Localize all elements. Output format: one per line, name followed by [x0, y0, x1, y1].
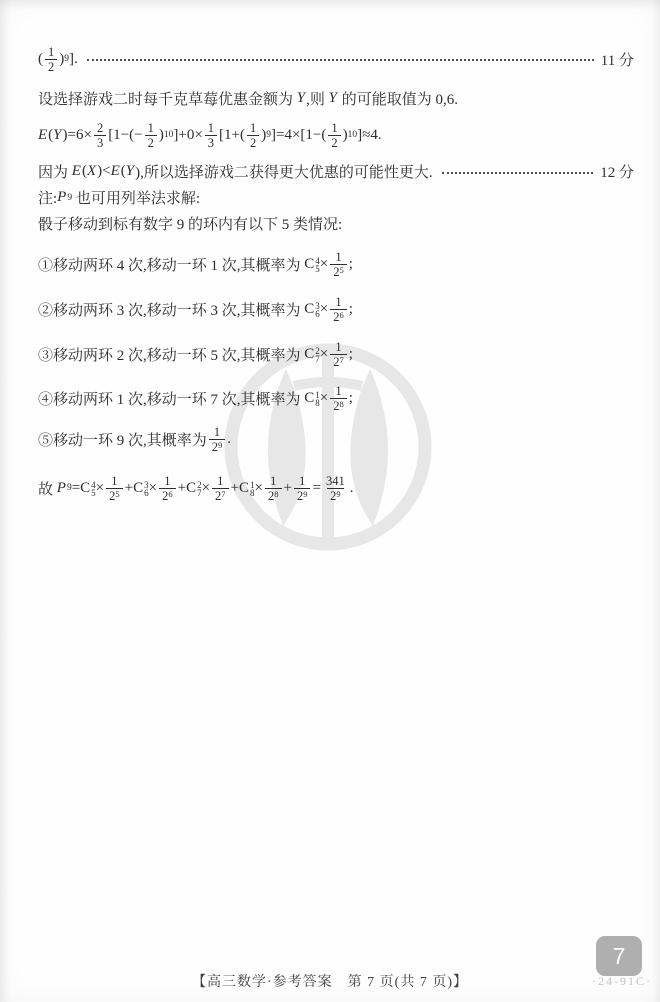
- combination-scripts: 36: [144, 481, 149, 498]
- text-span: ),所以选择游戏二获得更大优惠的可能性更大.: [135, 161, 433, 182]
- combination-letter: C: [80, 480, 90, 497]
- fraction-numerator: 1: [161, 474, 173, 488]
- text-span: ;: [349, 390, 353, 407]
- fraction: 129: [209, 425, 226, 454]
- text-span: (: [38, 51, 43, 68]
- math-variable: Y: [297, 90, 306, 107]
- fraction-den-exponent: 7: [340, 355, 344, 365]
- fraction-numerator: 1: [45, 45, 57, 59]
- line-content: ③移动两环 2 次,移动一环 5 次,其概率为 C27×127;: [38, 340, 353, 369]
- dot-leader: [442, 172, 594, 174]
- fraction-denominator: 27: [330, 354, 347, 369]
- text-span: +: [231, 480, 239, 497]
- combination-scripts: 27: [315, 347, 320, 364]
- text-line-setup-y: 设选择游戏二时每千克草莓优惠金额为 Y,则 Y 的可能取值为 0,6.: [38, 88, 634, 109]
- math-variable: E: [38, 127, 48, 144]
- combination-letter: C: [186, 480, 196, 497]
- formula-line-p9: 故 P9=C45×125+C36×126+C27×127+C18×128+129…: [38, 466, 634, 510]
- math-variable: P: [57, 189, 67, 206]
- text-span: +: [284, 480, 292, 497]
- fraction-numerator: 1: [332, 384, 344, 398]
- fraction-denominator: 29: [294, 488, 311, 503]
- combination-symbol: C45: [80, 480, 96, 497]
- text-span: ×: [202, 480, 210, 497]
- dot-leader: [87, 59, 594, 61]
- fraction-numerator: 1: [328, 121, 340, 135]
- fraction-numerator: 1: [296, 474, 308, 488]
- fraction-den-exponent: 8: [274, 489, 278, 499]
- fraction: 12: [145, 121, 157, 150]
- line-content: ⑤移动一环 9 次,其概率为129.: [38, 425, 231, 454]
- text-span: ×: [320, 346, 328, 363]
- combination-scripts: 18: [250, 481, 255, 498]
- answer-text-block: (12)9].11 分设选择游戏二时每千克草莓优惠金额为 Y,则 Y 的可能取值…: [38, 40, 634, 510]
- case-line-1: ①移动两环 4 次,移动一环 1 次,其概率为 C45×125;: [38, 244, 634, 284]
- fraction-denominator: 28: [330, 398, 347, 413]
- text-span: ⑤移动一环 9 次,其概率为: [38, 429, 207, 450]
- text-span: ): [343, 127, 348, 144]
- combination-scripts: 45: [315, 257, 320, 274]
- fraction-denominator: 26: [330, 309, 347, 324]
- combination-subscript: 6: [144, 489, 149, 498]
- fraction-numerator: 1: [332, 340, 344, 354]
- fraction-numerator: 1: [247, 121, 259, 135]
- line-content: 故 P9=C45×125+C36×126+C27×127+C18×128+129…: [38, 474, 353, 503]
- fraction: 128: [330, 384, 347, 413]
- combination-subscript: 7: [315, 355, 320, 364]
- note-line: 注:P9 也可用列举法求解:: [38, 187, 634, 208]
- text-span: ]=4×[1−(: [271, 127, 326, 144]
- fraction-numerator: 341: [323, 474, 348, 488]
- footer-title: 【高三数学·参考答案 第 7 页(共 7 页)】: [192, 975, 468, 990]
- case-line-5: ⑤移动一环 9 次,其概率为129.: [38, 419, 634, 459]
- fraction-numerator: 1: [214, 474, 226, 488]
- text-line-cases-intro: 骰子移动到标有数字 9 的环内有以下 5 类情况:: [38, 213, 634, 234]
- fraction-den-exponent: 7: [221, 489, 225, 499]
- math-variable: X: [87, 163, 97, 180]
- formula-line-ey: E(Y)=6×23[1−(−12)10]+0×13[1+(12)9]=4×[1−…: [38, 115, 634, 155]
- text-span: ×: [149, 480, 157, 497]
- text-span: ③移动两环 2 次,移动一环 5 次,其概率为: [38, 344, 304, 365]
- text-span: ×: [320, 256, 328, 273]
- fraction-denominator: 29: [327, 488, 344, 503]
- fraction-denominator: 2: [145, 135, 157, 150]
- math-variable: E: [72, 163, 82, 180]
- combination-symbol: C36: [133, 480, 149, 497]
- fraction-denominator: 2: [328, 135, 340, 150]
- fraction-den-exponent: 6: [340, 310, 344, 320]
- fraction-denominator: 28: [265, 488, 282, 503]
- text-span: =: [72, 480, 80, 497]
- fraction: 34129: [323, 474, 348, 503]
- combination-letter: C: [133, 480, 143, 497]
- combination-letter: C: [239, 480, 249, 497]
- combination-scripts: 18: [315, 391, 320, 408]
- combination-scripts: 36: [315, 302, 320, 319]
- combination-symbol: C27: [186, 480, 202, 497]
- fraction: 13: [205, 121, 217, 150]
- score-label: 11 分: [601, 49, 634, 70]
- text-span: 设选择游戏二时每千克草莓优惠金额为: [38, 88, 297, 109]
- fraction-den-exponent: 5: [115, 489, 119, 499]
- text-span: )=6×: [63, 127, 92, 144]
- fraction: 128: [265, 474, 282, 503]
- text-span: 因为: [38, 161, 72, 182]
- text-span: ;: [349, 301, 353, 318]
- combination-subscript: 5: [315, 265, 320, 274]
- line-content: ④移动两环 1 次,移动一环 7 次,其概率为 C18×128;: [38, 384, 353, 413]
- text-span: ].: [69, 51, 78, 68]
- fraction-den-exponent: 5: [340, 265, 344, 275]
- fraction-denominator: 3: [94, 135, 106, 150]
- combination-scripts: 45: [91, 481, 96, 498]
- fraction-numerator: 1: [267, 474, 279, 488]
- combination-symbol: C18: [304, 390, 320, 407]
- text-span: 注:: [38, 187, 57, 208]
- case-line-2: ②移动两环 3 次,移动一环 3 次,其概率为 C36×126;: [38, 289, 634, 329]
- line-content: ①移动两环 4 次,移动一环 1 次,其概率为 C45×125;: [38, 250, 353, 279]
- combination-letter: C: [304, 301, 314, 318]
- score-line-12: 因为 E(X)<E(Y),所以选择游戏二获得更大优惠的可能性更大.12 分: [38, 161, 634, 182]
- fraction: 12: [247, 121, 259, 150]
- score-label: 12 分: [600, 161, 634, 182]
- text-span: ×: [255, 480, 263, 497]
- text-span: ,则: [306, 88, 329, 109]
- fraction-den-exponent: 6: [168, 489, 172, 499]
- text-span: ②移动两环 3 次,移动一环 3 次,其概率为: [38, 299, 304, 320]
- scanned-page: (12)9].11 分设选择游戏二时每千克草莓优惠金额为 Y,则 Y 的可能取值…: [0, 0, 660, 1002]
- combination-letter: C: [304, 346, 314, 363]
- math-variable: E: [111, 163, 121, 180]
- page-number-badge[interactable]: 7: [596, 936, 642, 976]
- text-span: 也可用列举法求解:: [72, 187, 200, 208]
- fraction-denominator: 29: [209, 439, 226, 454]
- text-span: 的可能取值为 0,6.: [338, 88, 458, 109]
- paper-code: ·24-91C·: [592, 974, 652, 989]
- combination-subscript: 8: [315, 399, 320, 408]
- text-span: 故: [38, 478, 57, 499]
- line-content: 骰子移动到标有数字 9 的环内有以下 5 类情况:: [38, 213, 342, 234]
- line-content: 因为 E(X)<E(Y),所以选择游戏二获得更大优惠的可能性更大.: [38, 161, 433, 182]
- fraction-numerator: 2: [94, 121, 106, 135]
- fraction-den-exponent: 9: [218, 440, 222, 450]
- text-span: ]+0×: [173, 127, 202, 144]
- fraction: 125: [106, 474, 123, 503]
- score-line-11: (12)9].11 分: [38, 40, 634, 78]
- text-span: ×: [320, 390, 328, 407]
- text-span: )<: [97, 163, 110, 180]
- text-span: ①移动两环 4 次,移动一环 1 次,其概率为: [38, 254, 304, 275]
- fraction-den-exponent: 9: [336, 489, 340, 499]
- fraction: 127: [330, 340, 347, 369]
- fraction-numerator: 1: [332, 250, 344, 264]
- line-content: ②移动两环 3 次,移动一环 3 次,其概率为 C36×126;: [38, 295, 353, 324]
- text-span: +: [178, 480, 186, 497]
- fraction-numerator: 1: [332, 295, 344, 309]
- combination-subscript: 8: [250, 489, 255, 498]
- fraction-denominator: 25: [106, 488, 123, 503]
- fraction: 23: [94, 121, 106, 150]
- text-span: [1+(: [219, 127, 245, 144]
- combination-scripts: 27: [197, 481, 202, 498]
- page-footer: 【高三数学·参考答案 第 7 页(共 7 页)】: [0, 971, 660, 991]
- fraction-numerator: 1: [211, 425, 223, 439]
- line-content: 注:P9 也可用列举法求解:: [38, 187, 200, 208]
- fraction: 126: [330, 295, 347, 324]
- case-line-4: ④移动两环 1 次,移动一环 7 次,其概率为 C18×128;: [38, 378, 634, 418]
- combination-subscript: 6: [315, 310, 320, 319]
- line-content: 设选择游戏二时每千克草莓优惠金额为 Y,则 Y 的可能取值为 0,6.: [38, 88, 458, 109]
- text-span: +: [125, 480, 133, 497]
- text-span: ×: [320, 301, 328, 318]
- text-span: 骰子移动到标有数字 9 的环内有以下 5 类情况:: [38, 213, 342, 234]
- line-content: (12)9].: [38, 45, 78, 74]
- text-span: =: [312, 480, 320, 497]
- combination-symbol: C27: [304, 346, 320, 363]
- math-variable: Y: [126, 163, 135, 180]
- fraction-numerator: 1: [205, 121, 217, 135]
- combination-subscript: 7: [197, 489, 202, 498]
- fraction: 12: [328, 121, 340, 150]
- fraction-denominator: 27: [212, 488, 229, 503]
- math-variable: P: [57, 480, 67, 497]
- case-line-3: ③移动两环 2 次,移动一环 5 次,其概率为 C27×127;: [38, 334, 634, 374]
- fraction-denominator: 2: [247, 135, 259, 150]
- fraction: 127: [212, 474, 229, 503]
- fraction-denominator: 3: [205, 135, 217, 150]
- fraction-den-exponent: 9: [303, 489, 307, 499]
- text-span: ④移动两环 1 次,移动一环 7 次,其概率为: [38, 388, 304, 409]
- fraction-denominator: 25: [330, 264, 347, 279]
- combination-symbol: C45: [304, 256, 320, 273]
- fraction: 125: [330, 250, 347, 279]
- line-content: E(Y)=6×23[1−(−12)10]+0×13[1+(12)9]=4×[1−…: [38, 121, 382, 150]
- fraction-denominator: 2: [45, 59, 57, 74]
- combination-letter: C: [304, 390, 314, 407]
- fraction-numerator: 1: [108, 474, 120, 488]
- fraction-den-exponent: 8: [340, 399, 344, 409]
- fraction: 12: [45, 45, 57, 74]
- combination-subscript: 5: [91, 489, 96, 498]
- text-span: ]≈4.: [357, 127, 381, 144]
- text-span: ;: [349, 346, 353, 363]
- text-span: ;: [349, 256, 353, 273]
- text-span: .: [350, 480, 354, 497]
- combination-symbol: C18: [239, 480, 255, 497]
- fraction-numerator: 1: [145, 121, 157, 135]
- math-variable: Y: [329, 90, 338, 107]
- fraction: 129: [294, 474, 311, 503]
- math-variable: Y: [53, 127, 62, 144]
- text-span: .: [227, 431, 231, 448]
- combination-symbol: C36: [304, 301, 320, 318]
- fraction: 126: [159, 474, 176, 503]
- text-span: ×: [96, 480, 104, 497]
- combination-letter: C: [304, 256, 314, 273]
- fraction-denominator: 26: [159, 488, 176, 503]
- text-span: [1−(−: [108, 127, 142, 144]
